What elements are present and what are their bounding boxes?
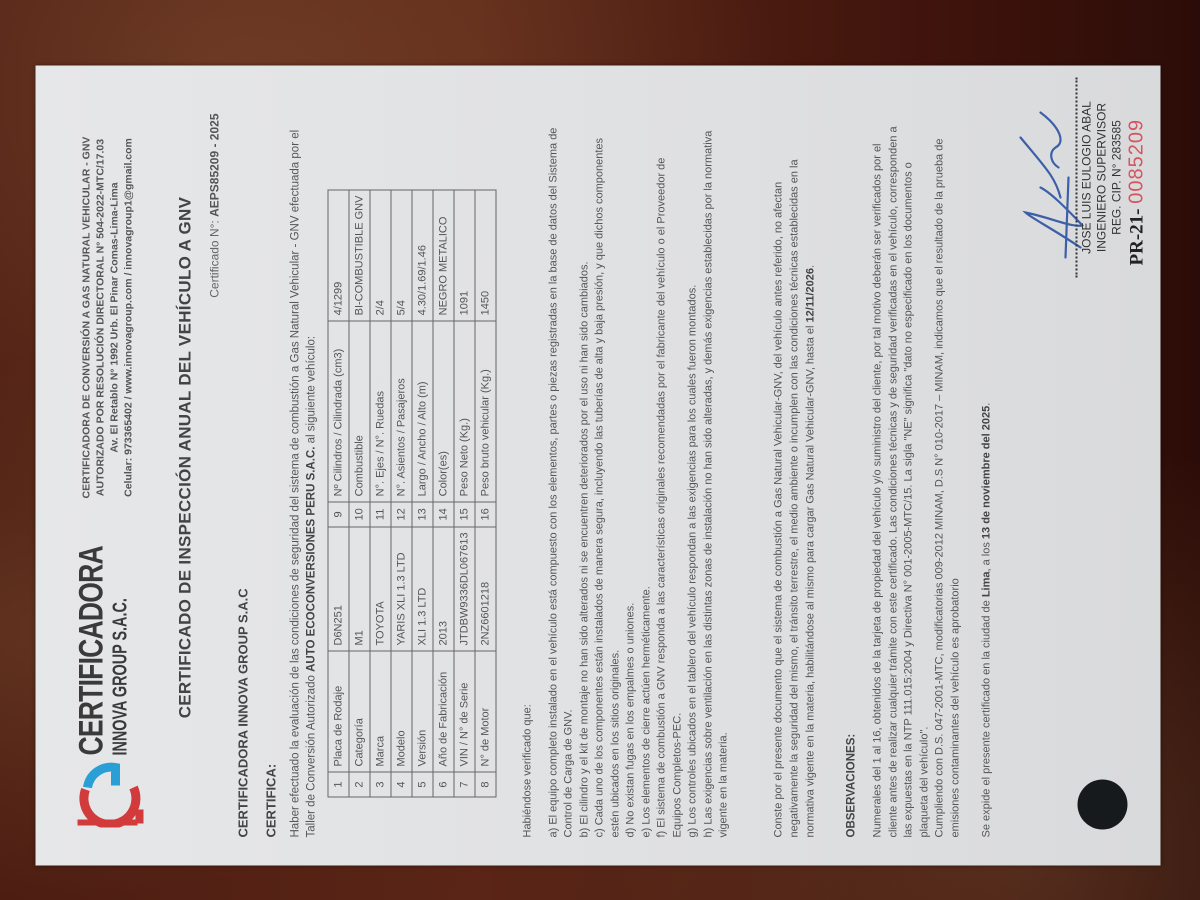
intro-paragraph: Haber efectuado la evaluación de las con… — [287, 117, 319, 837]
header: CERTIFICADORA INNOVA GROUP S.A.C. CERTIF… — [65, 77, 155, 837]
header-info: CERTIFICADORA DE CONVERSIÓN A GAS NATURA… — [79, 97, 135, 537]
table-cell: 4 — [391, 772, 412, 797]
table-cell: Año de Fabricación — [433, 651, 454, 772]
certificate-paper: CERTIFICADORA INNOVA GROUP S.A.C. CERTIF… — [35, 65, 1160, 865]
table-row: 4ModeloYARIS XLI 1.3 LTD12N°. Asientos /… — [391, 190, 412, 797]
table-cell: N°. Asientos / Pasajeros — [391, 320, 412, 501]
table-cell: 2NZ6601218 — [475, 526, 496, 650]
company-name: CERTIFICADORA INNOVA GROUP S.A.C — [235, 588, 250, 837]
table-row: 7VIN / N° de SerieJTDBW9336DL06761315Pes… — [454, 190, 475, 797]
table-cell: 5/4 — [391, 190, 412, 321]
table-row: 1Placa de RodajeD6N2519Nº Cilindros / Ci… — [328, 190, 349, 797]
table-cell: 8 — [475, 772, 496, 797]
table-cell: Nº Cilindros / Cilindrada (cm3) — [328, 320, 349, 501]
table-cell: 14 — [433, 501, 454, 526]
table-cell: Categoría — [349, 651, 370, 772]
table-cell: 2/4 — [370, 190, 391, 321]
table-cell: 5 — [412, 772, 433, 797]
table-cell: 2013 — [433, 526, 454, 650]
signatory-reg: REG. CIP. N° 283585 — [1109, 77, 1124, 277]
table-cell: Peso Neto (Kg.) — [454, 320, 475, 501]
table-row: 8N° de Motor2NZ660121816Peso bruto vehic… — [475, 190, 496, 797]
table-cell: 1 — [328, 772, 349, 797]
certificate-number: Certificado N°: AEPS85209 - 2025 — [207, 113, 221, 297]
vehicle-table: 1Placa de RodajeD6N2519Nº Cilindros / Ci… — [327, 189, 496, 797]
table-cell: Marca — [370, 651, 391, 772]
table-cell: 13 — [412, 501, 433, 526]
verification-item: e) Los elementos de cierre actúen hermét… — [639, 117, 655, 837]
verification-item: a) El equipo completo instalado en el ve… — [546, 117, 577, 837]
table-cell: 4.30/1.69/1.46 — [412, 190, 433, 321]
table-cell: 7 — [454, 772, 475, 797]
observations-text: Numerales del 1 al 16, obtenidos de la t… — [870, 122, 963, 837]
verification-item: h) Las exigencias sobre ventilación en l… — [701, 117, 732, 837]
innova-logo-icon — [75, 757, 145, 827]
serial-number: PR-21- 0085209 — [1125, 118, 1148, 265]
table-cell: 16 — [475, 501, 496, 526]
punch-hole — [1077, 779, 1127, 829]
table-cell: XLI 1.3 LTD — [412, 526, 433, 650]
table-cell: Modelo — [391, 651, 412, 772]
table-row: 5VersiónXLI 1.3 LTD13Largo / Ancho / Alt… — [412, 190, 433, 797]
verification-list: Habiéndose verificado que: a) El equipo … — [520, 117, 732, 837]
table-cell: Peso bruto vehicular (Kg.) — [475, 320, 496, 501]
table-row: 2CategoríaM110CombustibleBI-COMBUSTIBLE … — [349, 190, 370, 797]
table-cell: TOYOTA — [370, 526, 391, 650]
table-cell: 12 — [391, 501, 412, 526]
table-cell: Versión — [412, 651, 433, 772]
verification-item: g) Los controles ubicados en el tablero … — [685, 117, 701, 837]
verification-item: c) Cada uno de los componentes están ins… — [592, 117, 623, 837]
signatory-block: JOSE LUIS EULOGIO ABAL INGENIERO SUPERVI… — [1075, 77, 1124, 277]
table-cell: VIN / N° de Serie — [454, 651, 475, 772]
verification-item: b) El cilindro y el kit de montaje no ha… — [577, 117, 593, 837]
table-cell: BI-COMBUSTIBLE GNV — [349, 190, 370, 321]
table-cell: N°. Ejes / N°. Ruedas — [370, 320, 391, 501]
conste-paragraph: Conste por el presente documento que el … — [770, 122, 818, 837]
table-cell: D6N251 — [328, 526, 349, 650]
table-cell: Combustible — [349, 320, 370, 501]
table-cell: YARIS XLI 1.3 LTD — [391, 526, 412, 650]
verification-item: f) El sistema de combustión a GNV respon… — [654, 117, 685, 837]
certifica-heading: CERTIFICA: — [263, 763, 278, 837]
table-cell: 6 — [433, 772, 454, 797]
table-cell: 4/1299 — [328, 190, 349, 321]
signatory-name: JOSE LUIS EULOGIO ABAL — [1079, 77, 1094, 277]
table-cell: N° de Motor — [475, 651, 496, 772]
table-cell: 1450 — [475, 190, 496, 321]
table-row: 3MarcaTOYOTA11N°. Ejes / N°. Ruedas2/4 — [370, 190, 391, 797]
table-cell: NEGRO METALICO — [433, 190, 454, 321]
document-title: CERTIFICADO DE INSPECCIÓN ANUAL DEL VEHÍ… — [175, 77, 195, 837]
verification-item: d) No existan fugas en los empalmes o un… — [623, 117, 639, 837]
table-cell: JTDBW9336DL067613 — [454, 526, 475, 650]
table-cell: 11 — [370, 501, 391, 526]
signatory-title: INGENIERO SUPERVISOR — [1094, 77, 1109, 277]
observations-heading: OBSERVACIONES: — [845, 733, 857, 837]
issued-statement: Se expide el presente certificado en la … — [980, 402, 992, 837]
table-cell: 10 — [349, 501, 370, 526]
table-cell: 2 — [349, 772, 370, 797]
table-cell: 3 — [370, 772, 391, 797]
table-cell: 15 — [454, 501, 475, 526]
table-row: 6Año de Fabricación201314Color(es)NEGRO … — [433, 190, 454, 797]
table-cell: Color(es) — [433, 320, 454, 501]
table-cell: Largo / Ancho / Alto (m) — [412, 320, 433, 501]
table-cell: Placa de Rodaje — [328, 651, 349, 772]
table-cell: 9 — [328, 501, 349, 526]
table-cell: 1091 — [454, 190, 475, 321]
table-cell: M1 — [349, 526, 370, 650]
